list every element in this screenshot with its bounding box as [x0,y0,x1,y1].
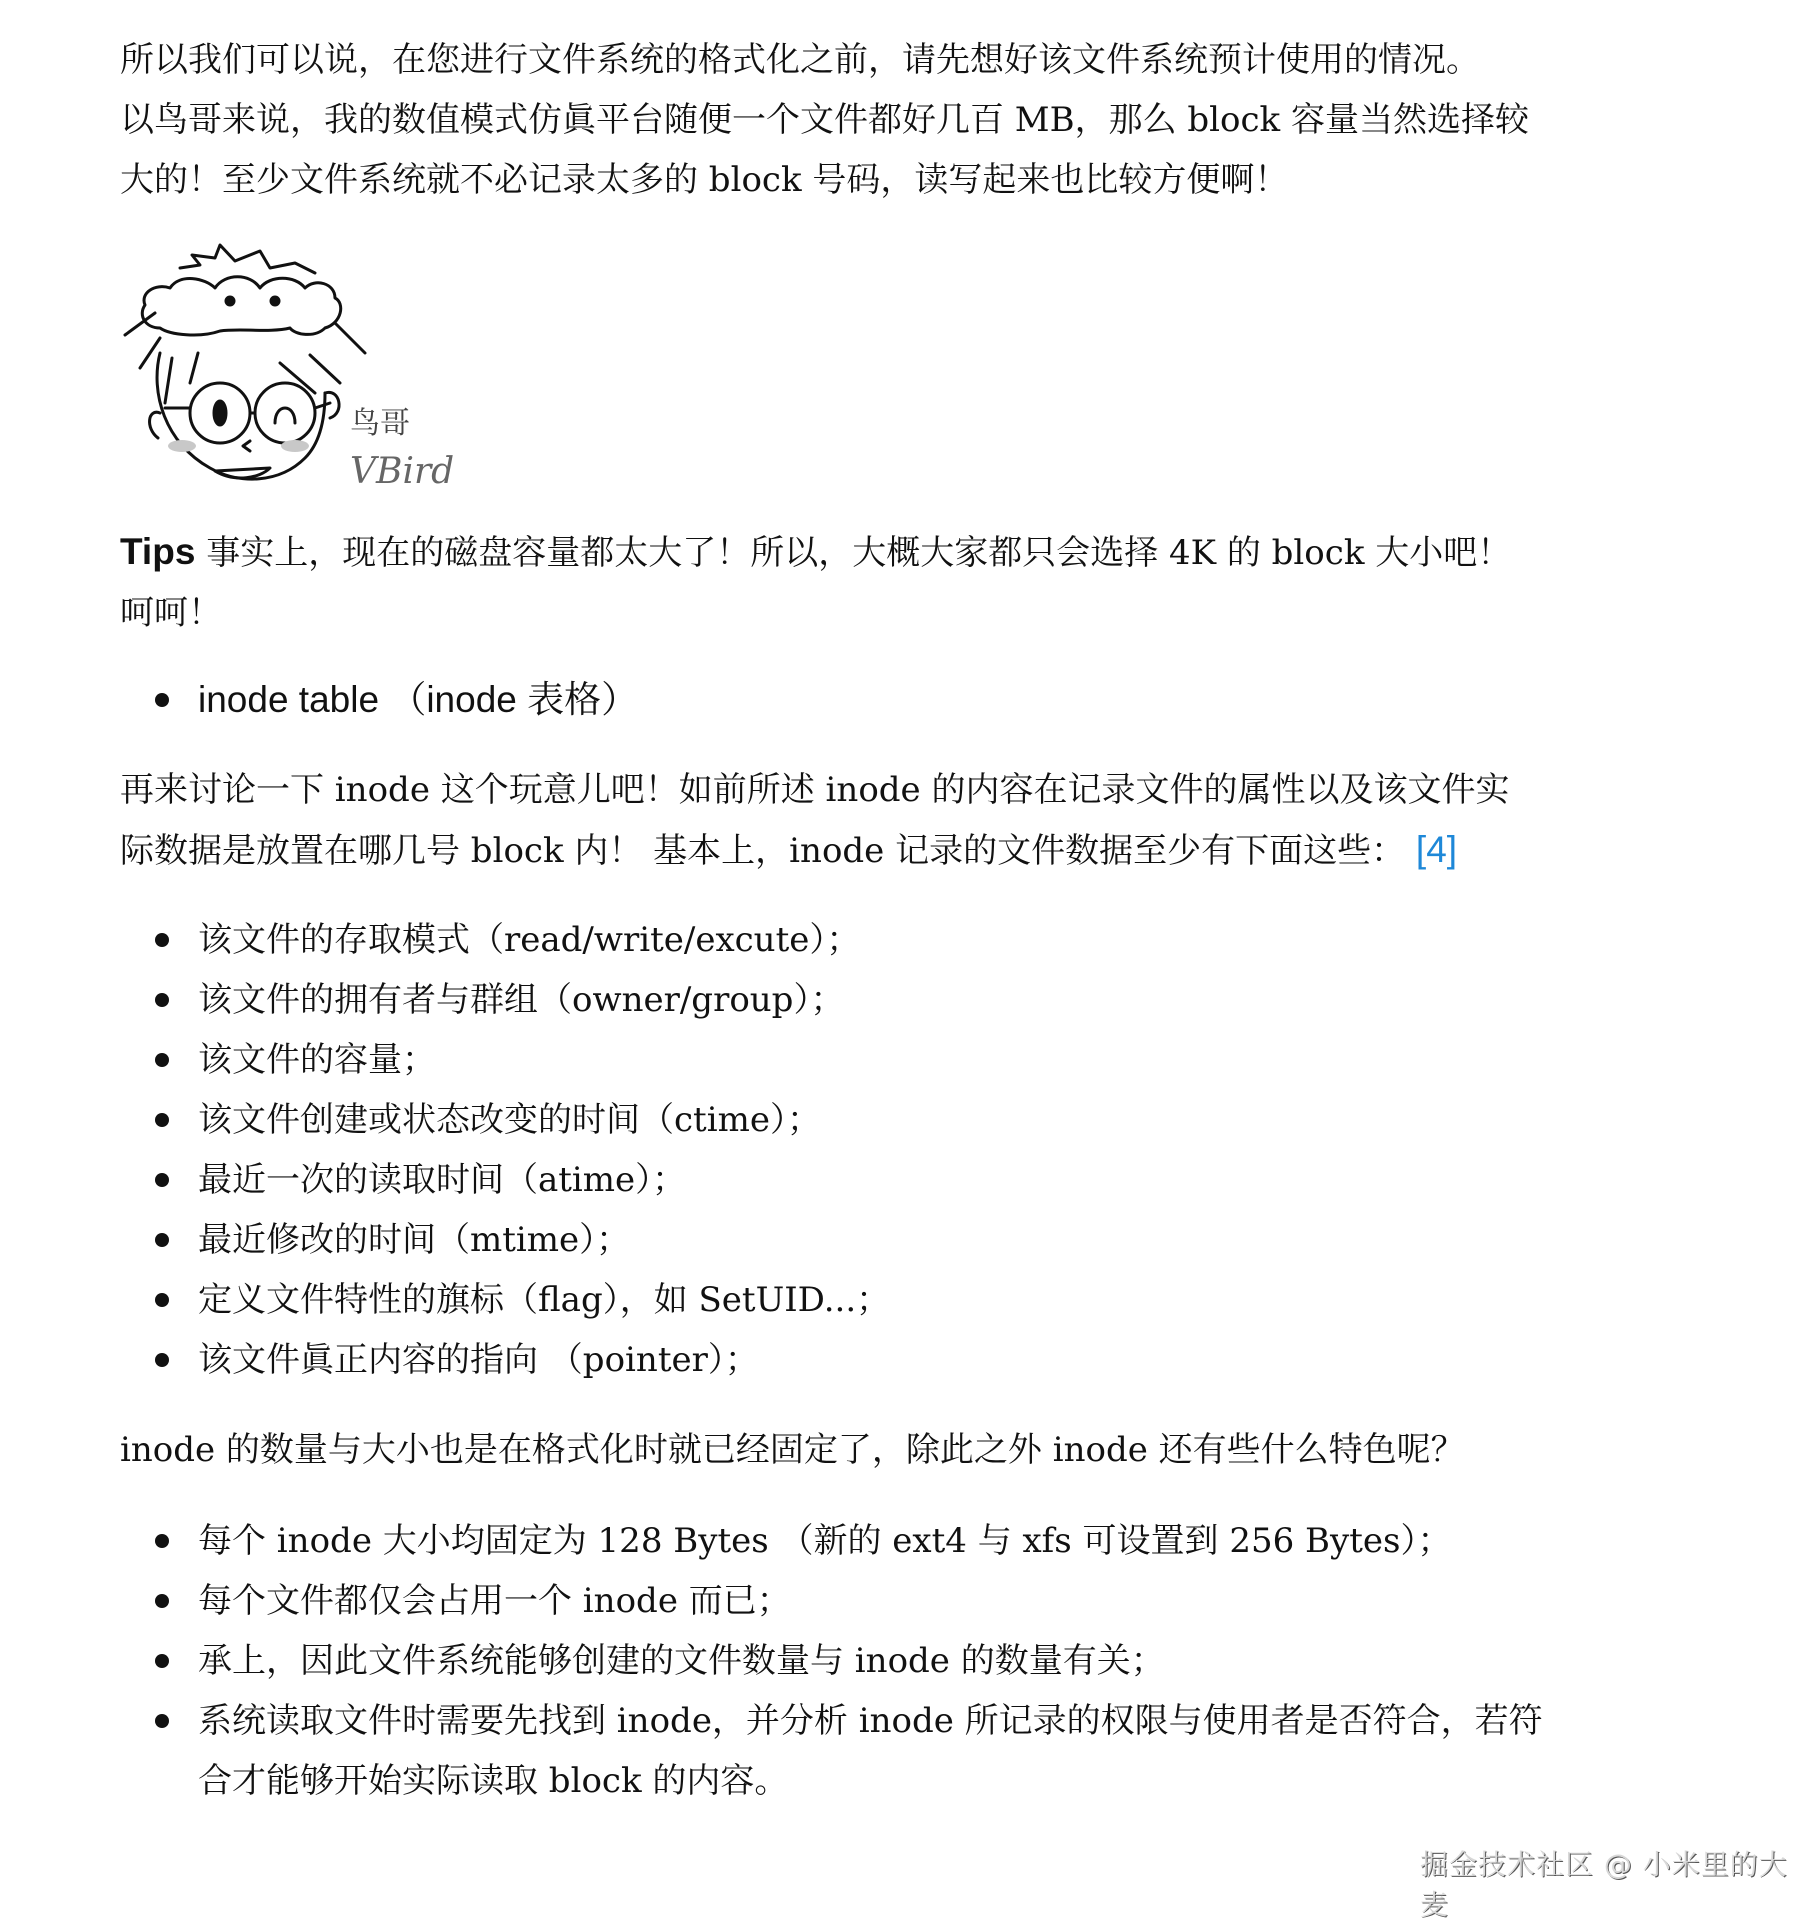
vbird-avatar-image: 鸟哥 VBird [120,243,480,495]
list-item: 承上，因此文件系统能够创建的文件数量与 inode 的数量有关； [120,1631,1680,1691]
list-item: 该文件创建或状态改变的时间（ctime）； [120,1090,1680,1150]
tips-label: Tips [120,531,195,572]
tips-text: 事实上，现在的磁盘容量都太大了！所以，大概大家都只会选择 4K 的 block … [195,533,1511,573]
paragraph-line: 所以我们可以说，在您进行文件系统的格式化之前，请先想好该文件系统预计使用的情况。 [120,30,1680,90]
list-item-continuation: 合才能够开始实际读取 block 的内容。 [120,1751,1680,1811]
section-item-inode-table: inode table （inode 表格） [120,670,1680,731]
list-item: 该文件的存取模式（read/write/excute）； [120,910,1680,970]
paragraph-inode-features-intro: inode 的数量与大小也是在格式化时就已经固定了，除此之外 inode 还有些… [120,1420,1680,1480]
list-item: 系统读取文件时需要先找到 inode，并分析 inode 所记录的权限与使用者是… [120,1691,1680,1751]
list-item: 该文件的容量； [120,1030,1680,1090]
paragraph-line: 际数据是放置在哪几号 block 内！ 基本上，inode 记录的文件数据至少有… [120,831,1405,871]
paragraph-inode-intro: 再来讨论一下 inode 这个玩意儿吧！如前所述 inode 的内容在记录文件的… [120,760,1680,881]
paragraph-line: 大的！至少文件系统就不必记录太多的 block 号码，读写起来也比较方便啊！ [120,150,1680,210]
paragraph-line: 以鸟哥来说，我的数值模式仿眞平台随便一个文件都好几百 MB，那么 block 容… [120,90,1680,150]
avatar-caption-en: VBird [350,451,454,492]
inode-features-list: 每个 inode 大小均固定为 128 Bytes （新的 ext4 与 xfs… [120,1511,1680,1811]
paragraph-block-size-choice: 所以我们可以说，在您进行文件系统的格式化之前，请先想好该文件系统预计使用的情况。… [120,30,1680,210]
tips-text-line2: 呵呵！ [120,583,1680,643]
section-list: inode table （inode 表格） [120,670,1680,731]
list-item: 最近一次的读取时间（atime）； [120,1150,1680,1210]
list-item: 最近修改的时间（mtime）； [120,1210,1680,1270]
vbird-avatar-icon: 鸟哥 VBird [120,243,480,495]
list-item: 每个文件都仅会占用一个 inode 而已； [120,1571,1680,1631]
tips-paragraph: Tips 事实上，现在的磁盘容量都太大了！所以，大概大家都只会选择 4K 的 b… [120,522,1680,643]
reference-link-4[interactable]: [4] [1416,829,1457,870]
avatar-caption-cn: 鸟哥 [350,406,410,441]
watermark: 掘金技术社区 @ 小米里的大麦 [1420,1843,1802,1923]
paragraph-line: 再来讨论一下 inode 这个玩意儿吧！如前所述 inode 的内容在记录文件的… [120,760,1680,820]
list-item: 该文件的拥有者与群组（owner/group）； [120,970,1680,1030]
list-item: 该文件眞正内容的指向 （pointer）； [120,1330,1680,1390]
inode-fields-list: 该文件的存取模式（read/write/excute）； 该文件的拥有者与群组（… [120,910,1680,1390]
list-item: 每个 inode 大小均固定为 128 Bytes （新的 ext4 与 xfs… [120,1511,1680,1571]
paragraph-line: inode 的数量与大小也是在格式化时就已经固定了，除此之外 inode 还有些… [120,1420,1680,1480]
list-item: 定义文件特性的旗标（flag），如 SetUID...； [120,1270,1680,1330]
